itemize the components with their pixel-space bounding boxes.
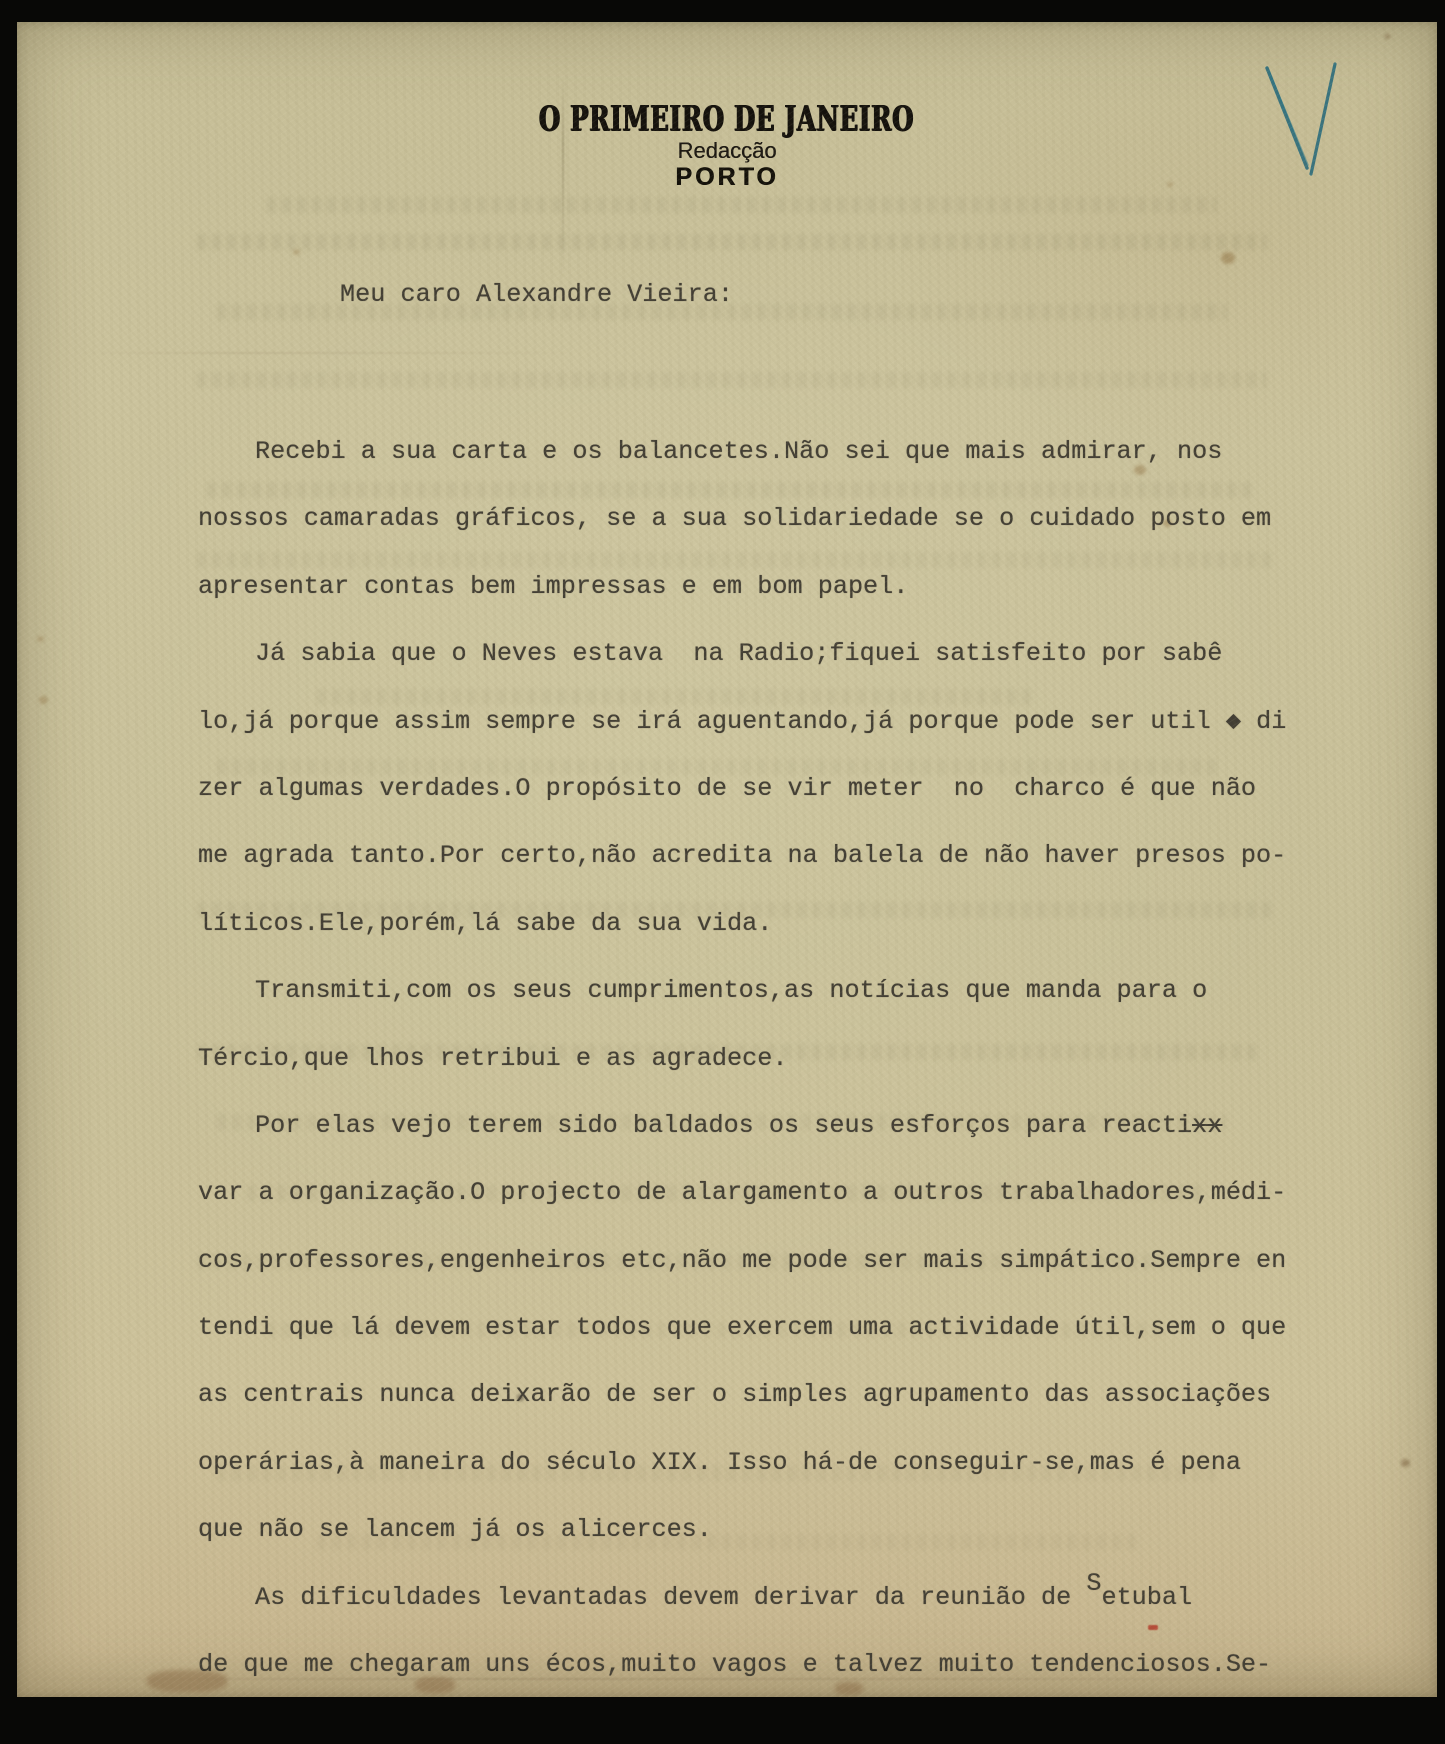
bleedthrough-smudge <box>197 234 1267 250</box>
salutation: Meu caro Alexandre Vieira: <box>340 280 733 309</box>
stain <box>293 249 300 255</box>
letter-line: apresentar contas bem impressas e em bom… <box>198 553 1358 620</box>
line-text: que não se lancem já os alicerces. <box>198 1515 712 1544</box>
letter-line: Por elas vejo terem sido baldados os seu… <box>198 1092 1358 1159</box>
letter-line: as centrais nunca deixarão de ser o simp… <box>198 1361 1358 1428</box>
line-text: Já sabia que o Neves estava na Radio;fiq… <box>255 639 1222 668</box>
letter-body: Recebi a sua carta e os balancetes.Não s… <box>198 418 1358 1698</box>
paper-crease <box>77 352 577 354</box>
letter-line: me agrada tanto.Por certo,não acredita n… <box>198 822 1358 889</box>
letter-line: nossos camaradas gráficos, se a sua soli… <box>198 485 1358 552</box>
line-text: zer algumas verdades.O propósito de se v… <box>198 774 1256 803</box>
letterhead-subtitle: Redacção <box>17 139 1437 163</box>
line-text: etubal <box>1101 1583 1192 1612</box>
stain <box>1385 34 1390 39</box>
letterhead: O PRIMEIRO DE JANEIRO Redacção PORTO <box>17 102 1437 190</box>
line-text: nossos camaradas gráficos, se a sua soli… <box>198 504 1271 533</box>
line-text: var a organização.O projecto de alargame… <box>198 1178 1286 1207</box>
letter-line: Já sabia que o Neves estava na Radio;fiq… <box>198 620 1358 687</box>
line-text: apresentar contas bem impressas e em bom… <box>198 572 908 601</box>
bleedthrough-smudge <box>267 197 1217 213</box>
line-text: me agrada tanto.Por certo,não acredita n… <box>198 841 1286 870</box>
red-pencil-mark <box>1148 1625 1158 1630</box>
letterhead-title: O PRIMEIRO DE JANEIRO <box>539 101 914 137</box>
line-text: Por elas vejo terem sido baldados os seu… <box>255 1111 1192 1140</box>
line-text: Tércio,que lhos retribui e as agradece. <box>198 1044 787 1073</box>
line-text: Recebi a sua carta e os balancetes.Não s… <box>255 437 1222 466</box>
struck-text: xx <box>1192 1111 1222 1140</box>
letter-line: que não se lancem já os alicerces. <box>198 1496 1358 1563</box>
letter-line: As dificuldades levantadas devem derivar… <box>198 1564 1358 1631</box>
stain <box>37 636 44 642</box>
stain <box>39 696 48 704</box>
checkmark-icon <box>1258 55 1348 185</box>
letter-line: Transmiti,com os seus cumprimentos,as no… <box>198 957 1358 1024</box>
letter-line: operárias,à maneira do século XIX. Isso … <box>198 1429 1358 1496</box>
letter-line: Tércio,que lhos retribui e as agradece. <box>198 1025 1358 1092</box>
letter-line: var a organização.O projecto de alargame… <box>198 1159 1358 1226</box>
letterhead-city: PORTO <box>17 164 1437 190</box>
line-text: cos,professores,engenheiros etc,não me p… <box>198 1246 1286 1275</box>
line-text: líticos.Ele,porém,lá sabe da sua vida. <box>198 909 772 938</box>
letter-line: cos,professores,engenheiros etc,não me p… <box>198 1227 1358 1294</box>
line-text: Transmiti,com os seus cumprimentos,as no… <box>255 976 1207 1005</box>
line-text: as centrais nunca deixarão de ser o simp… <box>198 1380 1271 1409</box>
line-text: lo,já porque assim sempre se irá aguenta… <box>198 707 1286 736</box>
line-text: de que me chegaram uns écos,muito vagos … <box>198 1650 1271 1679</box>
letter-line: lo,já porque assim sempre se irá aguenta… <box>198 688 1358 755</box>
stain <box>1221 252 1235 264</box>
line-text: tendi que lá devem estar todos que exerc… <box>198 1313 1286 1342</box>
line-text: As dificuldades levantadas devem derivar… <box>255 1583 1086 1612</box>
line-text: operárias,à maneira do século XIX. Isso … <box>198 1448 1241 1477</box>
letter-line: zer algumas verdades.O propósito de se v… <box>198 755 1358 822</box>
letter-line: de que me chegaram uns écos,muito vagos … <box>198 1631 1358 1698</box>
bleedthrough-smudge <box>197 372 1267 388</box>
letter-line: líticos.Ele,porém,lá sabe da sua vida. <box>198 890 1358 957</box>
scan-background: { "letterhead": { "title": "O PRIMEIRO D… <box>0 0 1445 1744</box>
letter-line: Recebi a sua carta e os balancetes.Não s… <box>198 418 1358 485</box>
stain <box>1401 1459 1410 1467</box>
superscript-correction: S <box>1086 1569 1101 1598</box>
letter-line: tendi que lá devem estar todos que exerc… <box>198 1294 1358 1361</box>
letter-page: O PRIMEIRO DE JANEIRO Redacção PORTO Meu… <box>17 22 1437 1697</box>
